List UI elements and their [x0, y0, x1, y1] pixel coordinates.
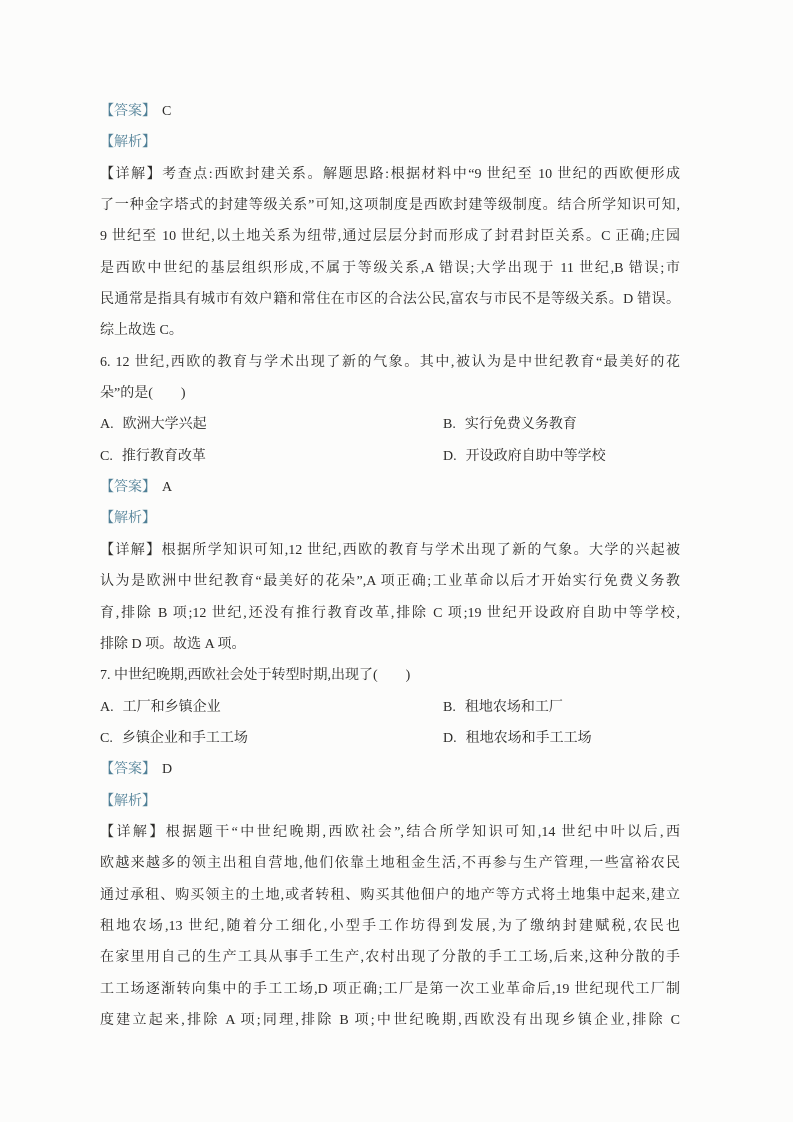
option-text: 实行免费义务教育 — [465, 417, 577, 432]
q6-analysis-line: 【解析】 — [100, 503, 680, 534]
q7-answer-value: D — [162, 762, 172, 777]
option-text: 工厂和乡镇企业 — [123, 700, 221, 715]
answer-label: 【答案】 — [100, 480, 156, 495]
q6-answer-value: A — [162, 480, 172, 495]
q5-answer-line: 【答案】C — [100, 96, 680, 127]
q6-options-row-2: C.推行教育改革 D.开设政府自助中等学校 — [100, 441, 680, 472]
q6-detail-line: 育,排除 B 项;12 世纪,还没有推行教育改革,排除 C 项;19 世纪开设政… — [100, 598, 680, 629]
q7-option-c: C.乡镇企业和手工工场 — [100, 723, 248, 754]
analysis-label: 【解析】 — [100, 511, 156, 526]
option-key: B. — [443, 700, 456, 715]
q5-detail-line: 民通常是指具有城市有效户籍和常住在市区的合法公民,富农与市民不是等级关系。D 错… — [100, 284, 680, 315]
q6-option-a: A.欧洲大学兴起 — [100, 409, 207, 440]
q7-stem-line: 7. 中世纪晚期,西欧社会处于转型时期,出现了( ) — [100, 660, 680, 691]
q6-option-b: B.实行免费义务教育 — [443, 409, 577, 440]
q6-detail-line: 排除 D 项。故选 A 项。 — [100, 629, 680, 660]
answer-label: 【答案】 — [100, 762, 156, 777]
q7-option-d: D.租地农场和手工工场 — [443, 723, 592, 754]
q5-detail-line: 是西欧中世纪的基层组织形成,不属于等级关系,A 错误;大学出现于 11 世纪,B… — [100, 253, 680, 284]
option-text: 欧洲大学兴起 — [123, 417, 207, 432]
q7-detail-line: 在家里用自己的生产工具从事手工生产,农村出现了分散的手工工场,后来,这种分散的手 — [100, 942, 680, 973]
q7-detail-line: 通过承租、购买领主的土地,或者转租、购买其他佃户的地产等方式将土地集中起来,建立 — [100, 880, 680, 911]
option-text: 推行教育改革 — [122, 449, 206, 464]
option-key: B. — [443, 417, 456, 432]
q7-detail-line: 度建立起来,排除 A 项;同理,排除 B 项;中世纪晚期,西欧没有出现乡镇企业,… — [100, 1005, 680, 1036]
q7-option-a: A.工厂和乡镇企业 — [100, 692, 221, 723]
q5-detail-line: 9 世纪至 10 世纪,以土地关系为纽带,通过层层分封而形成了封君封臣关系。C … — [100, 221, 680, 252]
q7-detail-line: 欧越来越多的领主出租自营地,他们依靠土地租金生活,不再参与生产管理,一些富裕农民 — [100, 848, 680, 879]
q6-detail-line: 认为是欧洲中世纪教育“最美好的花朵”,A 项正确;工业革命以后才开始实行免费义务… — [100, 566, 680, 597]
option-text: 租地农场和工厂 — [465, 700, 563, 715]
q7-answer-line: 【答案】D — [100, 754, 680, 785]
option-text: 租地农场和手工工场 — [466, 731, 592, 746]
option-key: D. — [443, 449, 457, 464]
q7-detail-line: 租地农场,13 世纪,随着分工细化,小型手工作坊得到发展,为了缴纳封建赋税,农民… — [100, 911, 680, 942]
analysis-label: 【解析】 — [100, 135, 156, 150]
option-key: D. — [443, 731, 457, 746]
q7-analysis-line: 【解析】 — [100, 786, 680, 817]
option-key: C. — [100, 449, 113, 464]
q6-stem-line: 6. 12 世纪,西欧的教育与学术出现了新的气象。其中,被认为是中世纪教育“最美… — [100, 347, 680, 378]
analysis-label: 【解析】 — [100, 794, 156, 809]
q5-detail-line: 了一种金字塔式的封建等级关系”可知,这项制度是西欧封建等级制度。结合所学知识可知… — [100, 190, 680, 221]
q6-option-d: D.开设政府自助中等学校 — [443, 441, 606, 472]
q5-detail-line: 【详解】考查点:西欧封建关系。解题思路:根据材料中“9 世纪至 10 世纪的西欧… — [100, 159, 680, 190]
q7-detail-line: 【详解】根据题干“中世纪晚期,西欧社会”,结合所学知识可知,14 世纪中叶以后,… — [100, 817, 680, 848]
option-key: A. — [100, 417, 114, 432]
option-key: C. — [100, 731, 113, 746]
option-key: A. — [100, 700, 114, 715]
option-text: 乡镇企业和手工工场 — [122, 731, 248, 746]
document-content: 【答案】C 【解析】 【详解】考查点:西欧封建关系。解题思路:根据材料中“9 世… — [100, 96, 680, 1036]
q5-detail-line: 综上故选 C。 — [100, 315, 680, 346]
q6-stem-line: 朵”的是( ) — [100, 378, 680, 409]
q6-options-row-1: A.欧洲大学兴起 B.实行免费义务教育 — [100, 409, 680, 440]
answer-label: 【答案】 — [100, 104, 156, 119]
q6-answer-line: 【答案】A — [100, 472, 680, 503]
option-text: 开设政府自助中等学校 — [466, 449, 606, 464]
document-page: 【答案】C 【解析】 【详解】考查点:西欧封建关系。解题思路:根据材料中“9 世… — [0, 0, 793, 1122]
q7-detail-line: 工工场逐渐转向集中的手工工场,D 项正确;工厂是第一次工业革命后,19 世纪现代… — [100, 974, 680, 1005]
q7-options-row-2: C.乡镇企业和手工工场 D.租地农场和手工工场 — [100, 723, 680, 754]
q7-option-b: B.租地农场和工厂 — [443, 692, 563, 723]
q5-answer-value: C — [162, 104, 171, 119]
q6-detail-line: 【详解】根据所学知识可知,12 世纪,西欧的教育与学术出现了新的气象。大学的兴起… — [100, 535, 680, 566]
q7-options-row-1: A.工厂和乡镇企业 B.租地农场和工厂 — [100, 692, 680, 723]
q6-option-c: C.推行教育改革 — [100, 441, 206, 472]
q5-analysis-line: 【解析】 — [100, 127, 680, 158]
